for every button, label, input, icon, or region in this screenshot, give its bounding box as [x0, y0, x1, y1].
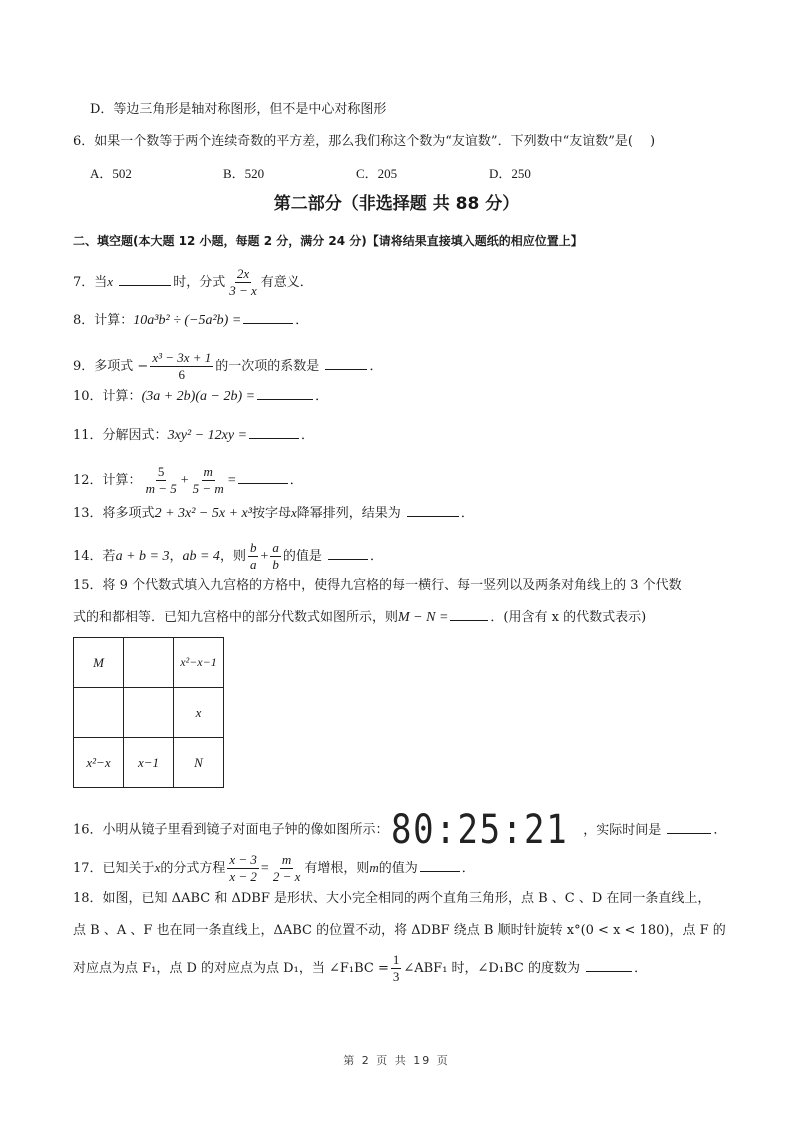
grid-cell-r3c1: x²−x	[74, 738, 124, 788]
question-11: 11．分解因式：3xy² − 12xy =．	[73, 426, 314, 445]
q13-number: 13．	[73, 506, 103, 521]
grid-cell-r2c3: x	[174, 688, 224, 738]
q17-f2-den: 2 − x	[271, 869, 303, 885]
q18-line-1: 18．如图，已知 ΔABC 和 ΔDBF 是形状、大小完全相同的两个直角三角形，…	[73, 890, 710, 908]
q12-plus: +	[181, 473, 189, 488]
q14-condition-2: ab = 4	[182, 549, 219, 564]
grid-cell-r3c2: x−1	[124, 738, 174, 788]
grid-cell-r1c3: x²−x−1	[174, 638, 224, 688]
section2-heading: 二、填空题(本大题 12 小题，每题 2 分，满分 24 分)【请将结果直接填入…	[73, 232, 583, 250]
q9-text-post: 的一次项的系数是	[215, 359, 319, 374]
q14-f2-num: a	[270, 540, 281, 557]
question-8: 8．计算：10a³b² ÷ (−5a²b) =．	[73, 311, 308, 330]
q6-stem: 6．如果一个数等于两个连续奇数的平方差，那么我们称这个数为“友谊数”．下列数中“…	[73, 133, 655, 151]
clock-digits: 80:25:21	[391, 810, 568, 850]
q6-option-a: A．502	[90, 165, 223, 183]
q13-text: 将多项式	[103, 506, 155, 521]
q8-answer-blank[interactable]	[243, 311, 293, 324]
q13-answer-blank[interactable]	[407, 504, 459, 517]
q18-text: 对应点为点 F₁，点 D 的对应点为点 D₁，当 ∠F₁BC =	[73, 961, 389, 976]
question-7: 7．当x 时，分式2x3 − x有意义．	[73, 266, 313, 299]
q17-f1-num: x − 3	[227, 852, 259, 869]
q12-equals: =	[228, 473, 236, 488]
q12-f2-num: m	[202, 464, 215, 481]
q7-frac-den: 3 − x	[227, 283, 259, 299]
q17-text-mid: 的分式方程	[160, 861, 225, 876]
q13-expression: 2 + 3x² − 5x + x³	[155, 506, 252, 521]
q17-f2-num: m	[280, 852, 293, 869]
q6-option-b: B．520	[223, 165, 356, 183]
q10-end: ．	[315, 389, 328, 404]
q14-plus: +	[260, 549, 268, 564]
q9-text: 多项式 −	[94, 359, 148, 374]
part2-title: 第二部分（非选择题 共 88 分）	[0, 189, 793, 214]
q11-text: 分解因式：	[103, 428, 168, 443]
q18-end: ．	[634, 961, 647, 976]
question-12: 12．计算：5m − 5+m5 − m=．	[73, 464, 303, 497]
q9-end: ．	[369, 359, 382, 374]
mirrored-clock-image: 80:25:21	[391, 810, 600, 850]
q7-answer-blank[interactable]	[119, 273, 171, 286]
q18-line-3: 对应点为点 F₁，点 D 的对应点为点 D₁，当 ∠F₁BC =13∠ABF₁ …	[73, 952, 647, 985]
magic-square-grid: M x²−x−1 x x²−x x−1 N	[73, 637, 224, 788]
q8-end: ．	[295, 313, 308, 328]
q9-frac-num: x³ − 3x + 1	[150, 350, 213, 367]
q12-number: 12．	[73, 473, 103, 488]
q15-text-post: ．(用含有 x 的代数式表示)	[490, 610, 646, 625]
q7-var: x	[107, 274, 113, 289]
q17-text-post2: 的值为	[379, 861, 418, 876]
question-13: 13．将多项式2 + 3x² − 5x + x³按字母x降幂排列，结果为 ．	[73, 504, 474, 523]
q17-text: 已知关于	[103, 861, 155, 876]
q11-answer-blank[interactable]	[249, 426, 299, 439]
question-16: 16．小明从镜子里看到镜子对面电子钟的像如图所示：80:25:21，实际时间是 …	[73, 810, 726, 850]
q12-f2-den: 5 − m	[191, 481, 226, 497]
q16-number: 16．	[73, 823, 103, 838]
q17-number: 17．	[73, 861, 103, 876]
q15-text: 式的和都相等．已知九宫格中的部分代数式如图所示，则	[73, 610, 398, 625]
question-9: 9．多项式 −x³ − 3x + 16的一次项的系数是 ．	[73, 350, 382, 383]
q7-frac-num: 2x	[235, 266, 251, 283]
q15-line-1: 15．将 9 个代数式填入九宫格的方格中，使得九宫格的每一横行、每一竖列以及两条…	[73, 577, 682, 595]
q13-text-mid: 按字母	[252, 506, 291, 521]
q14-text-mid: ，则	[220, 549, 246, 564]
q15-line-2: 式的和都相等．已知九宫格中的部分代数式如图所示，则M − N =．(用含有 x …	[73, 608, 646, 627]
q10-expression: (3a + 2b)(a − 2b) =	[142, 389, 256, 404]
q17-text-post: 有增根，则	[304, 861, 369, 876]
q11-number: 11．	[73, 428, 103, 443]
q17-end: ．	[462, 861, 475, 876]
q9-answer-blank[interactable]	[325, 357, 367, 370]
q14-sep: ，	[169, 549, 182, 564]
q6-option-d: D．250	[489, 165, 622, 183]
q17-equals: =	[261, 861, 269, 876]
q8-number: 8．	[73, 313, 94, 328]
q7-number: 7．	[73, 275, 94, 290]
q17-answer-blank[interactable]	[420, 859, 460, 872]
q14-f2-den: b	[270, 557, 281, 573]
q17-f1-den: x − 2	[227, 869, 259, 885]
q12-f1-den: m − 5	[144, 481, 179, 497]
q16-text-post: ，实际时间是	[583, 823, 661, 838]
q12-end: ．	[290, 473, 303, 488]
q12-text: 计算：	[103, 473, 142, 488]
q10-answer-blank[interactable]	[257, 387, 313, 400]
q14-number: 14．	[73, 549, 103, 564]
q14-answer-blank[interactable]	[328, 547, 368, 560]
q7-fraction: 2x3 − x	[227, 266, 259, 299]
q14-text: 若	[103, 549, 116, 564]
q14-condition-1: a + b = 3	[116, 549, 170, 564]
q17-var-m: m	[369, 860, 378, 875]
grid-cell-r2c1	[74, 688, 124, 738]
q10-number: 10．	[73, 389, 103, 404]
grid-cell-r3c3: N	[174, 738, 224, 788]
q17-fraction-2: m2 − x	[271, 852, 303, 885]
q10-text: 计算：	[103, 389, 142, 404]
q16-end: ．	[713, 823, 726, 838]
q13-text-post: 降幂排列，结果为	[297, 506, 401, 521]
page-footer: 第 2 页 共 19 页	[0, 1052, 793, 1068]
q14-f1-num: b	[248, 540, 259, 557]
q14-f1-den: a	[248, 557, 259, 573]
q18-frac-den: 3	[391, 969, 402, 985]
q14-fraction-1: ba	[248, 540, 259, 573]
q13-end: ．	[461, 506, 474, 521]
question-17: 17．已知关于x的分式方程x − 3x − 2=m2 − x有增根，则m的值为．	[73, 852, 475, 885]
q17-fraction-1: x − 3x − 2	[227, 852, 259, 885]
q18-frac-num: 1	[391, 952, 402, 969]
grid-cell-r2c2	[124, 688, 174, 738]
question-10: 10．计算：(3a + 2b)(a − 2b) =．	[73, 387, 328, 406]
q18-line-2: 点 B 、A 、F 也在同一条直线上，ΔABC 的位置不动，将 ΔDBF 绕点 …	[73, 922, 726, 940]
q8-text: 计算：	[94, 313, 133, 328]
grid-cell-r1c2	[124, 638, 174, 688]
q15-expression: M − N =	[398, 610, 448, 625]
q9-number: 9．	[73, 359, 94, 374]
q18-fraction: 13	[391, 952, 402, 985]
q14-text-post: 的值是	[283, 549, 322, 564]
q12-f1-num: 5	[156, 464, 167, 481]
q11-end: ．	[301, 428, 314, 443]
q9-frac-den: 6	[177, 367, 188, 383]
q14-fraction-2: ab	[270, 540, 281, 573]
q6-option-c: C．205	[356, 165, 489, 183]
q14-end: ．	[370, 549, 383, 564]
q7-text-post: 有意义．	[261, 275, 313, 290]
q16-answer-blank[interactable]	[667, 821, 711, 834]
q15-answer-blank[interactable]	[450, 608, 488, 621]
q11-expression: 3xy² − 12xy =	[168, 428, 247, 443]
q12-fraction-2: m5 − m	[191, 464, 226, 497]
q9-fraction: x³ − 3x + 16	[150, 350, 213, 383]
q5-option-d: D．等边三角形是轴对称图形，但不是中心对称图形	[90, 101, 386, 119]
q12-answer-blank[interactable]	[238, 471, 288, 484]
q18-answer-blank[interactable]	[586, 959, 632, 972]
q8-expression: 10a³b² ÷ (−5a²b) =	[133, 313, 241, 328]
q18-text-mid: ∠ABF₁ 时，∠D₁BC 的度数为	[403, 961, 580, 976]
q6-options: A．502B．520C．205D．250	[90, 165, 622, 184]
grid-cell-r1c1: M	[74, 638, 124, 688]
q12-fraction-1: 5m − 5	[144, 464, 179, 497]
q7-text: 当	[94, 275, 107, 290]
question-14: 14．若a + b = 3，ab = 4，则ba+ab的值是 ．	[73, 540, 383, 573]
q7-text-mid: 时，分式	[173, 275, 225, 290]
q16-text: 小明从镜子里看到镜子对面电子钟的像如图所示：	[103, 823, 389, 838]
